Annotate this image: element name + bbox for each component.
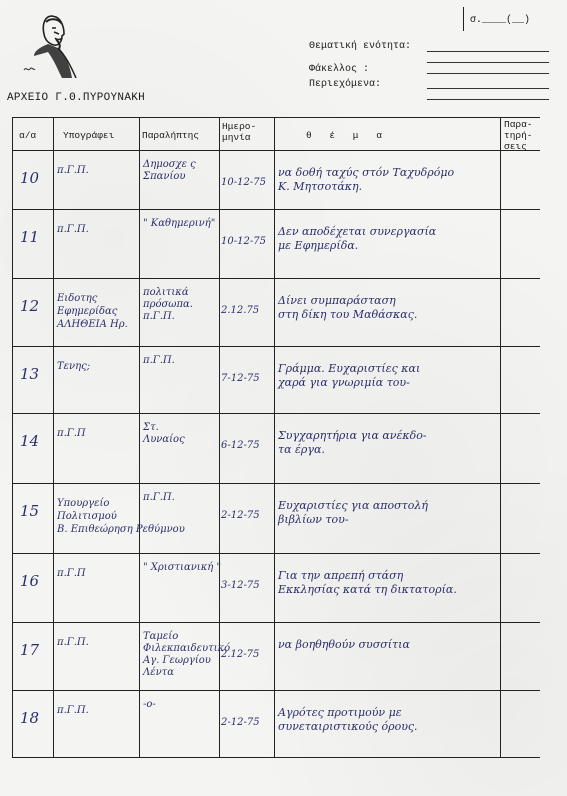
row-subject: τα έργα. — [278, 443, 325, 456]
folder-label: Φάκελλος : — [309, 64, 369, 75]
row-signer: π.Γ.Π. — [57, 704, 89, 717]
row-subject: με Εφημερίδα. — [278, 239, 358, 252]
register-table — [12, 117, 540, 757]
row-subject: Κ. Μητσοτάκη. — [278, 180, 362, 193]
row-recipient: " Χριστιανική " — [143, 561, 221, 574]
row-recipient: π.Γ.Π. — [143, 310, 175, 323]
row-subject: Ευχαριστίες για αποστολή — [278, 499, 428, 512]
row-signer: π.Γ.Π — [57, 427, 86, 440]
row-recipient: Σπανίου — [143, 170, 186, 183]
row-subject: να δοθή ταχύς στόν Ταχυδρόμο — [278, 166, 454, 179]
row-number: 16 — [20, 575, 39, 588]
row-signer: Εφημερίδας — [57, 305, 117, 318]
row-signer: π.Γ.Π. — [57, 223, 89, 236]
archive-title: ΑΡΧΕΙΟ Γ.Θ.ΠΥΡΟΥΝΑΚΗ — [7, 92, 145, 104]
column-header-subject: θ έ μ α — [306, 130, 388, 141]
column-header-signer: Υπογράφει — [63, 130, 114, 141]
row-date: 2-12-75 — [221, 716, 260, 729]
column-header-number: α/α — [19, 130, 36, 141]
row-recipient: π.Γ.Π. — [143, 491, 175, 504]
row-recipient: π.Γ.Π. — [143, 354, 175, 367]
row-subject: Δεν αποδέχεται συνεργασία — [278, 225, 436, 238]
row-subject: βιβλίων του- — [278, 513, 349, 526]
row-date: 7-12-75 — [221, 372, 260, 385]
row-recipient: Λυναίος — [143, 433, 185, 446]
row-signer: Υπουργείο — [57, 497, 109, 510]
row-recipient: -ο- — [143, 698, 156, 711]
row-number: 10 — [20, 172, 39, 185]
row-signer: Β. Επιθεώρηση Ρεθύμνου — [57, 523, 185, 536]
row-date: 6-12-75 — [221, 439, 260, 452]
row-number: 18 — [20, 712, 39, 725]
thematic-unit-label: Θεματική ενότητα: — [309, 41, 411, 52]
row-number: 17 — [20, 644, 39, 657]
row-subject: Εκκλησίας κατά τη δικτατορία. — [278, 583, 457, 596]
row-number: 15 — [20, 505, 39, 518]
row-date: 2.12-75 — [221, 648, 259, 661]
row-number: 13 — [20, 368, 39, 381]
row-signer: π.Γ.Π. — [57, 164, 89, 177]
row-subject: χαρά για γνωριμία του- — [278, 376, 410, 389]
row-signer: ΑΛΗΘΕΙΑ Ηρ. — [57, 318, 128, 331]
row-recipient: Λέντα — [143, 666, 174, 679]
row-subject: Γράμμα. Ευχαριστίες και — [278, 362, 420, 375]
row-signer: π.Γ.Π — [57, 567, 86, 580]
row-number: 14 — [20, 435, 39, 448]
row-signer: π.Γ.Π. — [57, 636, 89, 649]
column-header-recipient: Παραλήπτης — [142, 130, 199, 141]
contents-line-2 — [427, 99, 549, 100]
thematic-unit-line-2 — [427, 62, 549, 63]
folder-line — [427, 73, 549, 74]
row-signer: Τενης; — [57, 360, 90, 373]
row-number: 12 — [20, 300, 39, 313]
row-subject: Συγχαρητήρια για ανέκδο- — [278, 429, 427, 442]
row-recipient: " Καθημερινή" — [143, 217, 215, 230]
row-subject: να βοηθηθούν συσσίτια — [278, 638, 410, 651]
contents-label: Περιεχόμενα: — [309, 79, 381, 90]
column-header-date: Ημερο- μηνία — [222, 121, 256, 143]
row-date: 10-12-75 — [221, 176, 266, 189]
row-number: 11 — [20, 231, 39, 244]
row-date: 3-12-75 — [221, 579, 260, 592]
portrait-sketch-icon — [22, 8, 88, 78]
row-date: 10-12-75 — [221, 235, 266, 248]
row-subject: Αγρότες προτιμούν με — [278, 706, 402, 719]
row-subject: Δίνει συμπαράσταση — [278, 294, 396, 307]
column-header-notes: Παρα- τηρή- σεις — [504, 119, 533, 152]
reference-number: σ.____(__) — [470, 15, 530, 26]
row-signer: Πολιτισμού — [57, 510, 117, 523]
row-date: 2.12.75 — [221, 304, 259, 317]
row-subject: Για την απρεπή στάση — [278, 569, 403, 582]
thematic-unit-line — [427, 51, 549, 52]
contents-line — [427, 88, 549, 89]
row-subject: στη δίκη του Μαθάσκας. — [278, 308, 417, 321]
row-signer: Ειδοτης — [57, 292, 97, 305]
row-date: 2-12-75 — [221, 509, 260, 522]
row-subject: συνεταιριστικούς όρους. — [278, 720, 418, 733]
